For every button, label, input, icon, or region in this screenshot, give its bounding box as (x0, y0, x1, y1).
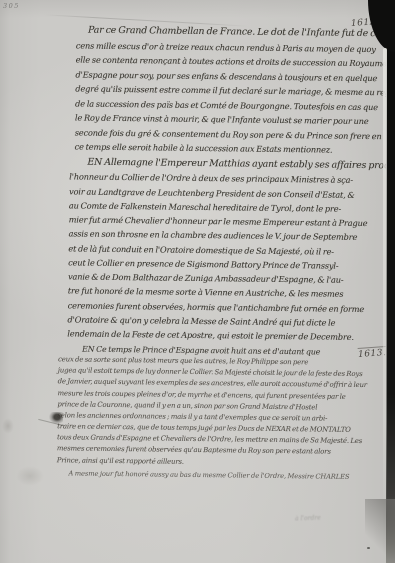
bleedthrough-note: à l'ordre (295, 515, 321, 523)
corner-shadow (365, 499, 395, 563)
manuscript-page-scan: 305 Par ce Grand Chambellan de France. L… (0, 0, 395, 563)
paragraph: EN Allemagne l'Empereur Matthias ayant e… (67, 155, 374, 344)
paragraph: EN Ce temps le Prince d'Espagne avoit hu… (57, 343, 371, 470)
book-edge-band (386, 0, 395, 563)
text-block: Par ce Grand Chambellan de France. Le do… (0, 0, 395, 563)
page-edge-highlight (383, 48, 387, 516)
closing-line: A mesme jour fut honoré aussy au bas du … (69, 469, 369, 481)
paragraph: Par ce Grand Chambellan de France. Le do… (74, 23, 376, 158)
manuscript-line: lendemain de la Feste de cet Apostre, qu… (67, 326, 372, 344)
